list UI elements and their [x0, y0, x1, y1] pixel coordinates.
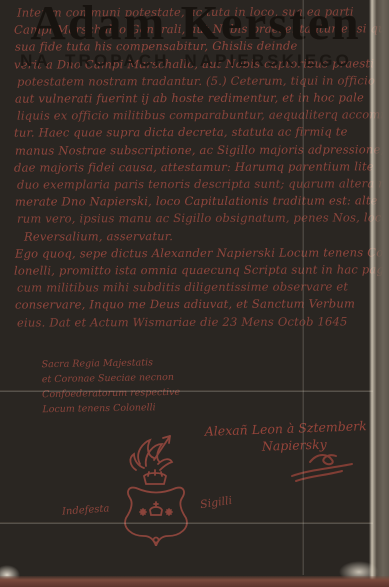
book-bottom-edge	[0, 576, 389, 587]
manuscript-line: potestatem nostram tradantur. (5.) Ceter…	[17, 72, 361, 90]
paper-crease	[0, 522, 373, 524]
manuscript-line: Ego quoq, sepe dictus Alexander Napiersk…	[15, 244, 361, 262]
seal-coat-of-arms-icon	[110, 428, 202, 546]
manuscript-line: liquis ex officio militibus comparabuntu…	[17, 107, 361, 125]
manuscript-line: merate Dno Napierski, loco Capitulationi…	[15, 193, 361, 211]
marginal-note-line: Confoederatorum respective	[42, 385, 180, 402]
seal-caption-right: Sigilli	[199, 494, 233, 511]
book-cover: Interim communi potestate, ac tuta in lo…	[0, 0, 389, 587]
manuscript-line: tur. Haec quae supra dicta decreta, stat…	[14, 124, 361, 142]
book-title: NA TROPACH NAPIERSKIEGO	[0, 51, 372, 71]
manuscript-line: Reversalium, asservatur.	[24, 227, 361, 245]
manuscript-line: cum militibus mihi subditis diligentissi…	[17, 279, 361, 297]
manuscript-line: manus Nostrae subscriptione, ac Sigillo …	[15, 141, 361, 159]
manuscript-line: eius. Dat et Actum Wismariae die 23 Mens…	[17, 313, 361, 331]
manuscript-line: lonelli, promitto ista omnia quaecunq Sc…	[14, 261, 361, 279]
manuscript-line: conservare, Inquo me Deus adiuvat, et Sa…	[15, 296, 361, 314]
book-edge-shadow	[369, 0, 389, 587]
manuscript-line: aut vulnerati fuerint ij ab hoste redime…	[15, 89, 361, 107]
manuscript-line: rum vero, ipsius manu ac Sigillo obsigna…	[17, 210, 361, 228]
marginal-note-line: Locum tenens Colonelli	[42, 400, 180, 417]
marginal-note: Sacra Regia Majestatis et Coronae Suecia…	[41, 355, 180, 417]
seal-caption-left: Indefesta	[62, 503, 110, 517]
manuscript-line: duo exemplaria paris tenoris descripta s…	[17, 175, 361, 193]
paper-crease	[0, 390, 373, 392]
manuscript-line: dae majoris fidei causa, attestamur: Har…	[14, 158, 361, 176]
signature-flourish-icon	[288, 450, 358, 484]
paper-crease	[302, 0, 304, 575]
author-name: Adam Kersten	[8, 0, 383, 51]
